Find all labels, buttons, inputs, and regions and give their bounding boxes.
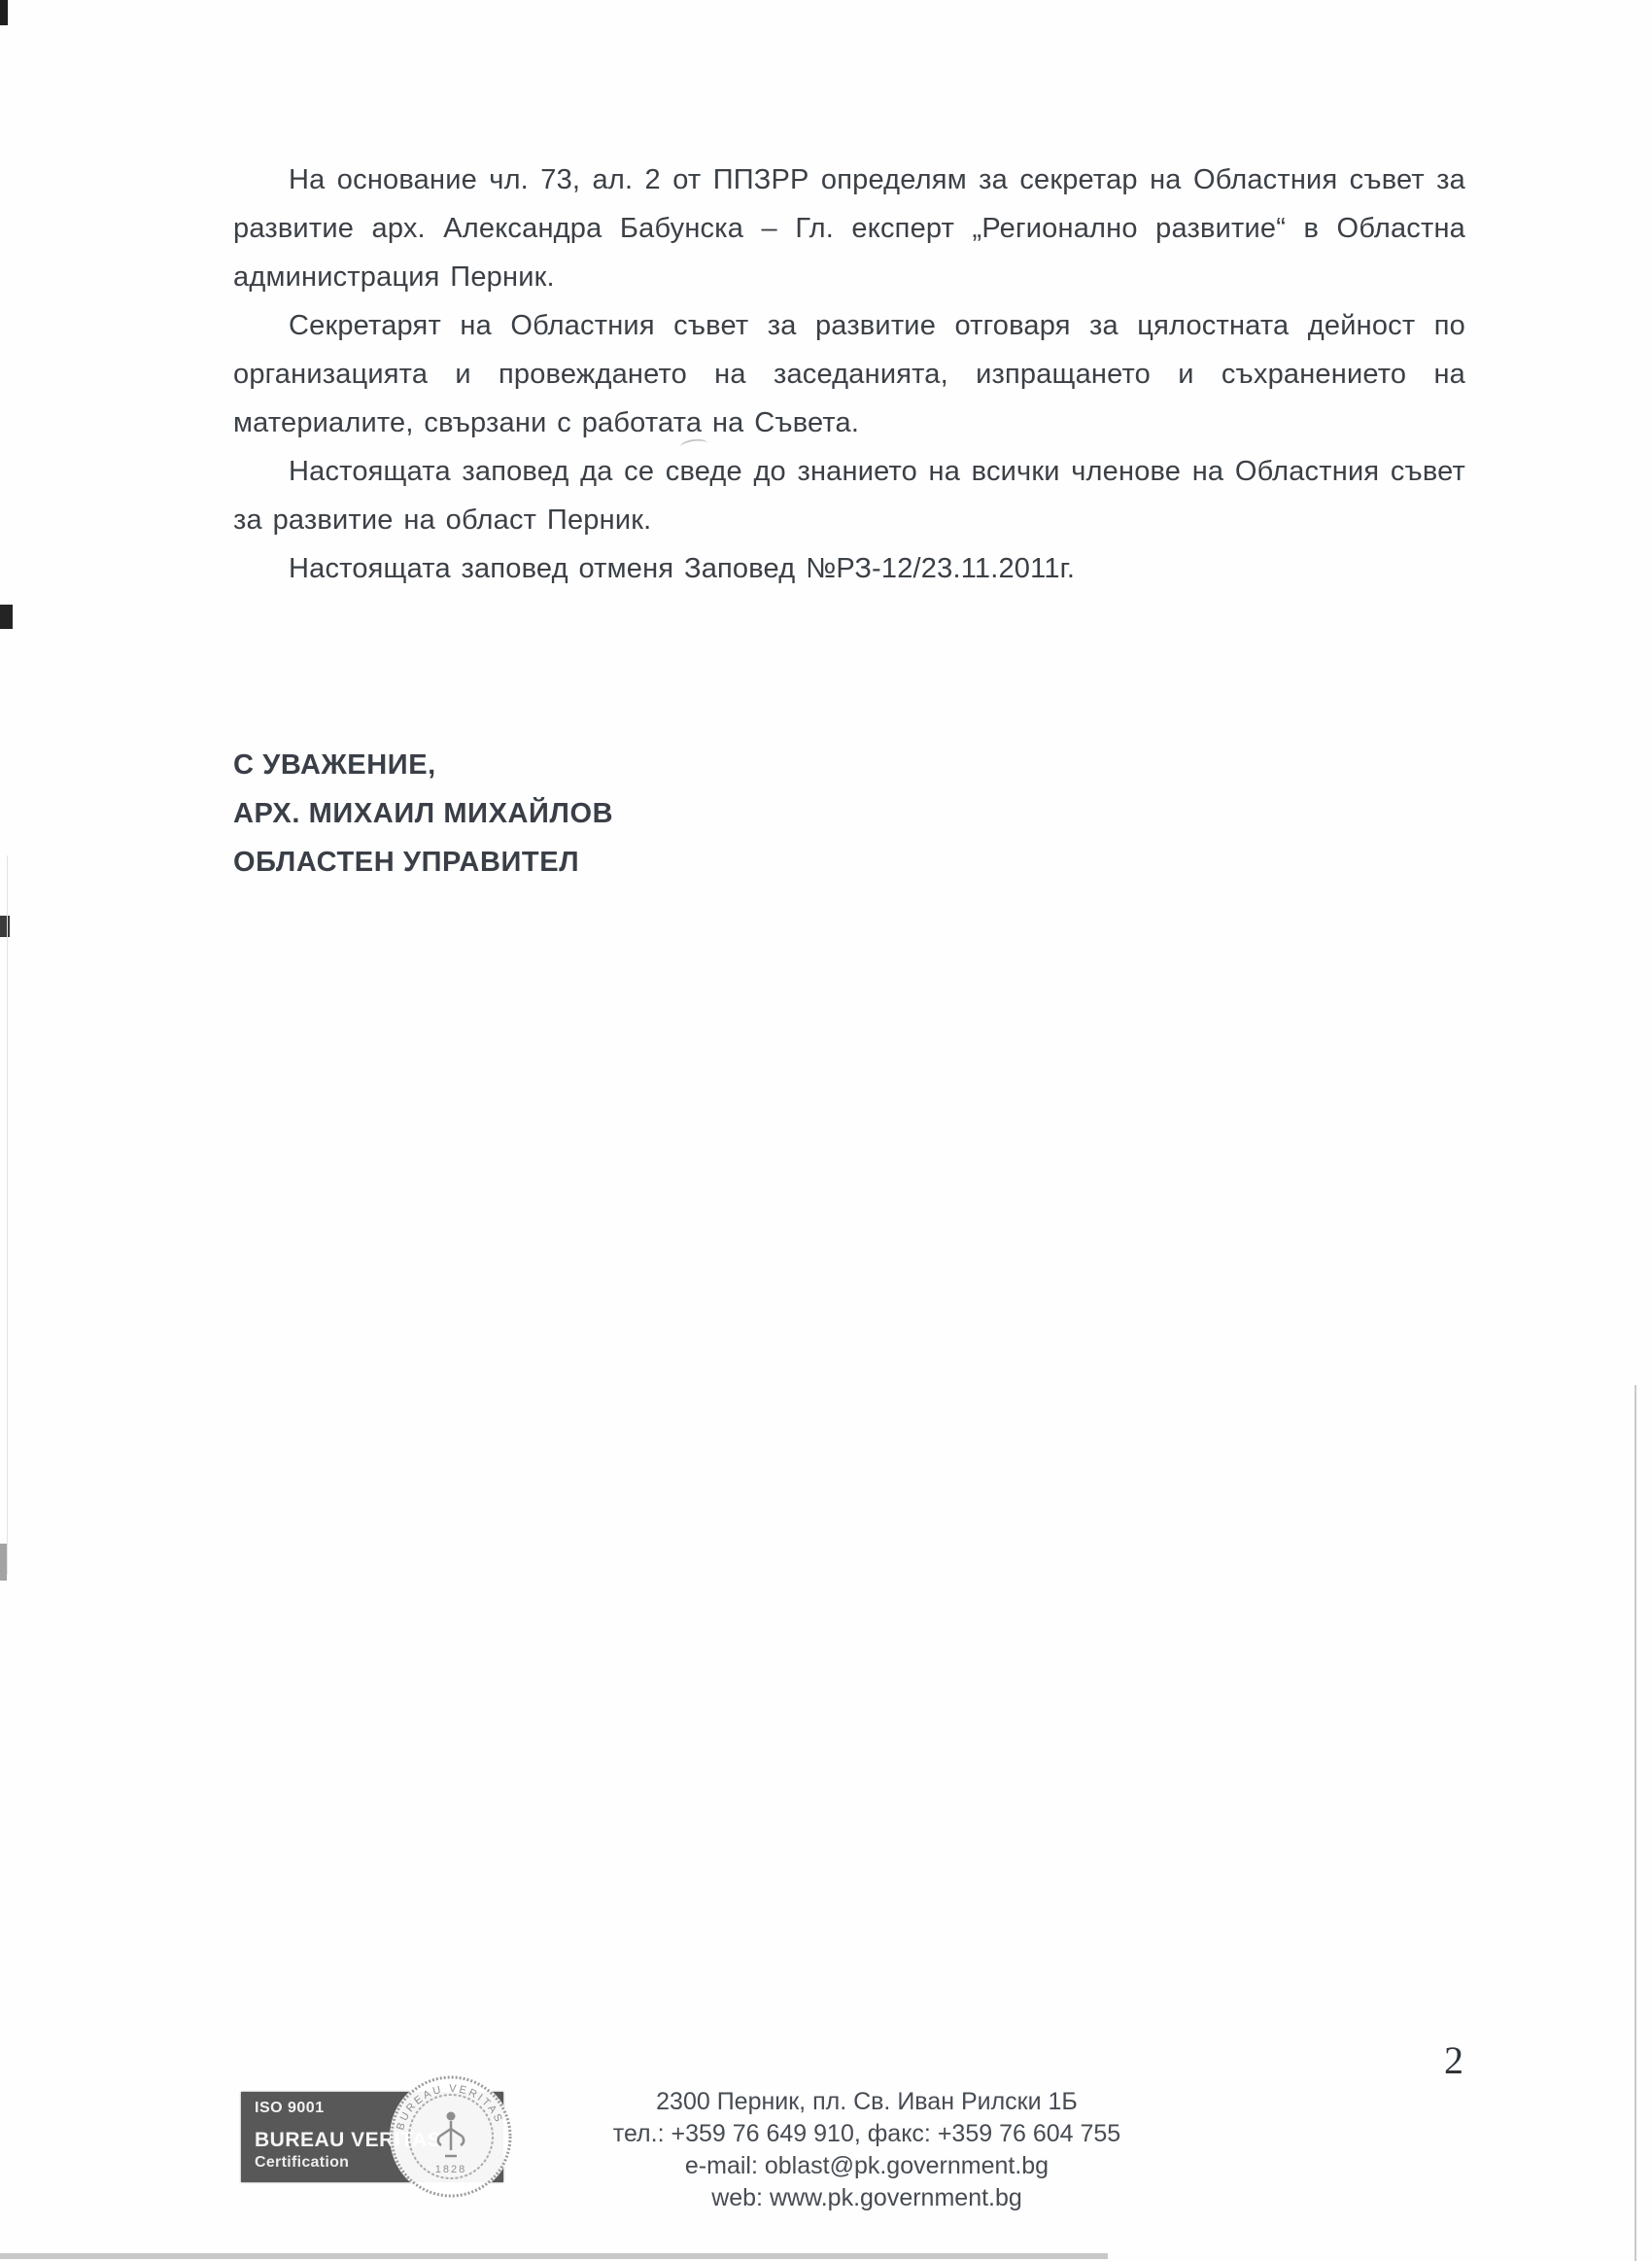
scan-artifact-left-edge-1 bbox=[0, 605, 13, 629]
signature-block: С УВАЖЕНИЕ, АРХ. МИХАИЛ МИХАЙЛОВ ОБЛАСТЕ… bbox=[233, 741, 613, 887]
paragraph: Настоящата заповед отменя Заповед №РЗ-12… bbox=[233, 544, 1465, 593]
scan-artifact-left-edge-2 bbox=[0, 916, 10, 937]
scan-artifact-left-line bbox=[7, 855, 8, 1575]
phone-fax-line: тел.: +359 76 649 910, факс: +359 76 604… bbox=[575, 2118, 1158, 2150]
paragraph: На основание чл. 73, ал. 2 от ППЗРР опре… bbox=[233, 156, 1465, 301]
letter-body: На основание чл. 73, ал. 2 от ППЗРР опре… bbox=[233, 156, 1465, 593]
paragraph: Настоящата заповед да се сведе до знание… bbox=[233, 447, 1465, 544]
page-edge-line bbox=[1635, 1385, 1636, 2261]
footer-contact-block: 2300 Перник, пл. Св. Иван Рилски 1Б тел.… bbox=[575, 2086, 1158, 2214]
email-line: e-mail: oblast@pk.government.bg bbox=[575, 2150, 1158, 2182]
bureau-veritas-seal-icon: BUREAU VERITAS 1828 bbox=[387, 2072, 515, 2201]
scanned-document-page: На основание чл. 73, ал. 2 от ППЗРР опре… bbox=[0, 0, 1652, 2261]
scan-artifact-bottom-edge bbox=[0, 2253, 1108, 2259]
page-number: 2 bbox=[1444, 2037, 1463, 2083]
paragraph: Секретарят на Областния съвет за развити… bbox=[233, 301, 1465, 447]
scan-artifact-top-left bbox=[0, 0, 8, 25]
signature-title: ОБЛАСТЕН УПРАВИТЕЛ bbox=[233, 838, 613, 887]
svg-text:1828: 1828 bbox=[435, 2164, 466, 2175]
address-line: 2300 Перник, пл. Св. Иван Рилски 1Б bbox=[575, 2086, 1158, 2118]
certification-label: Certification bbox=[255, 2154, 349, 2172]
iso-9001-label: ISO 9001 bbox=[255, 2100, 325, 2117]
scan-artifact-left-edge-3 bbox=[0, 1544, 7, 1581]
signature-salutation: С УВАЖЕНИЕ, bbox=[233, 741, 613, 789]
website-line: web: www.pk.government.bg bbox=[575, 2182, 1158, 2214]
signature-name: АРХ. МИХАИЛ МИХАЙЛОВ bbox=[233, 789, 613, 838]
